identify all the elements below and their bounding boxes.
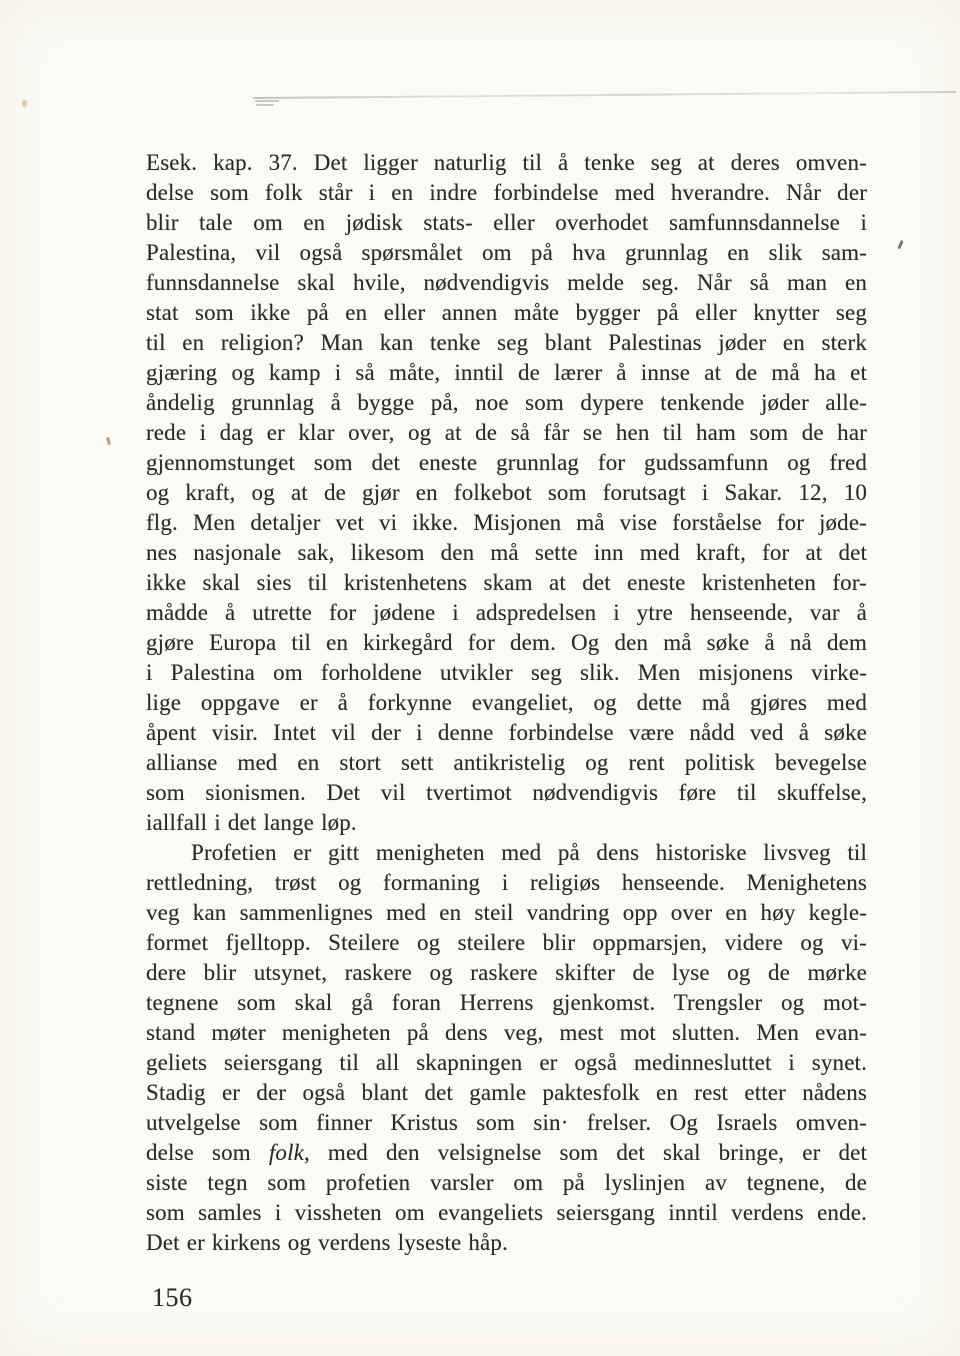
text-line: allianse med en stort sett antikristelig… <box>146 748 867 778</box>
text-line: stat som ikke på en eller annen måte byg… <box>146 298 867 328</box>
text-line: Palestina, vil også spørsmålet om på hva… <box>146 238 867 268</box>
text-line: mådde å utrette for jødene i adspredelse… <box>146 598 867 628</box>
text-line: Stadig er der også blant det gamle pakte… <box>146 1078 867 1108</box>
text-line: veg kan sammenlignes med en steil vandri… <box>146 898 867 928</box>
text-line: åndelig grunnlag å bygge på, noe som dyp… <box>146 388 867 418</box>
text-line: gjøre Europa til en kirkegård for dem. O… <box>146 628 867 658</box>
text-line: lige oppgave er å forkynne evangeliet, o… <box>146 688 867 718</box>
text-line: som sionismen. Det vil tvertimot nødvend… <box>146 778 867 808</box>
text-line: formet fjelltopp. Steilere og steilere b… <box>146 928 867 958</box>
text-line: nes nasjonale sak, likesom den må sette … <box>146 538 867 568</box>
text-line: tegnene som skal gå foran Herrens gjenko… <box>146 988 867 1018</box>
text-line: siste tegn som profetien varsler om på l… <box>146 1168 867 1198</box>
text-line: ikke skal sies til kristenhetens skam at… <box>146 568 867 598</box>
text-line: og kraft, og at de gjør en folkebot som … <box>146 478 867 508</box>
text-line: gjæring og kamp i så måte, inntil de lær… <box>146 358 867 388</box>
page-number: 156 <box>152 1283 193 1313</box>
text-line: gjennomstunget som det eneste grunnlag f… <box>146 448 867 478</box>
text-line: utvelgelse som finner Kristus som sin· f… <box>146 1108 867 1138</box>
scan-artifact-speck <box>106 437 111 446</box>
text-line: delse som folk står i en indre forbindel… <box>146 178 867 208</box>
scan-artifact-speck <box>22 100 27 107</box>
scan-artifact-speck <box>897 240 903 249</box>
text-line: geliets seiersgang til all skapningen er… <box>146 1048 867 1078</box>
scan-artifact-dash <box>256 104 274 106</box>
text-line: Profetien er gitt menigheten med på dens… <box>146 838 867 868</box>
text-line: rede i dag er klar over, og at de så får… <box>146 418 867 448</box>
text-line: åpent visir. Intet vil der i denne forbi… <box>146 718 867 748</box>
text-line: Det er kirkens og verdens lyseste håp. <box>146 1228 867 1258</box>
text-line: blir tale om en jødisk stats- eller over… <box>146 208 867 238</box>
text-line: flg. Men detaljer vet vi ikke. Misjonen … <box>146 508 867 538</box>
text-line: i Palestina om forholdene utvikler seg s… <box>146 658 867 688</box>
text-line: som samles i vissheten om evangeliets se… <box>146 1198 867 1228</box>
text-line: rettledning, trøst og formaning i religi… <box>146 868 867 898</box>
scan-artifact-dash <box>255 100 279 102</box>
text-block: Esek. kap. 37. Det ligger naturlig til å… <box>146 148 867 1258</box>
text-line: Esek. kap. 37. Det ligger naturlig til å… <box>146 148 867 178</box>
text-line: delse som folk, med den velsignelse som … <box>146 1138 867 1168</box>
text-line: dere blir utsynet, raskere og raskere sk… <box>146 958 867 988</box>
scan-artifact-line <box>253 91 956 99</box>
book-page: Esek. kap. 37. Det ligger naturlig til å… <box>0 0 960 1356</box>
text-line: iallfall i det lange løp. <box>146 808 867 838</box>
text-line: til en religion? Man kan tenke seg blant… <box>146 328 867 358</box>
text-line: stand møter menigheten på dens veg, mest… <box>146 1018 867 1048</box>
text-line: funnsdannelse skal hvile, nødvendigvis m… <box>146 268 867 298</box>
